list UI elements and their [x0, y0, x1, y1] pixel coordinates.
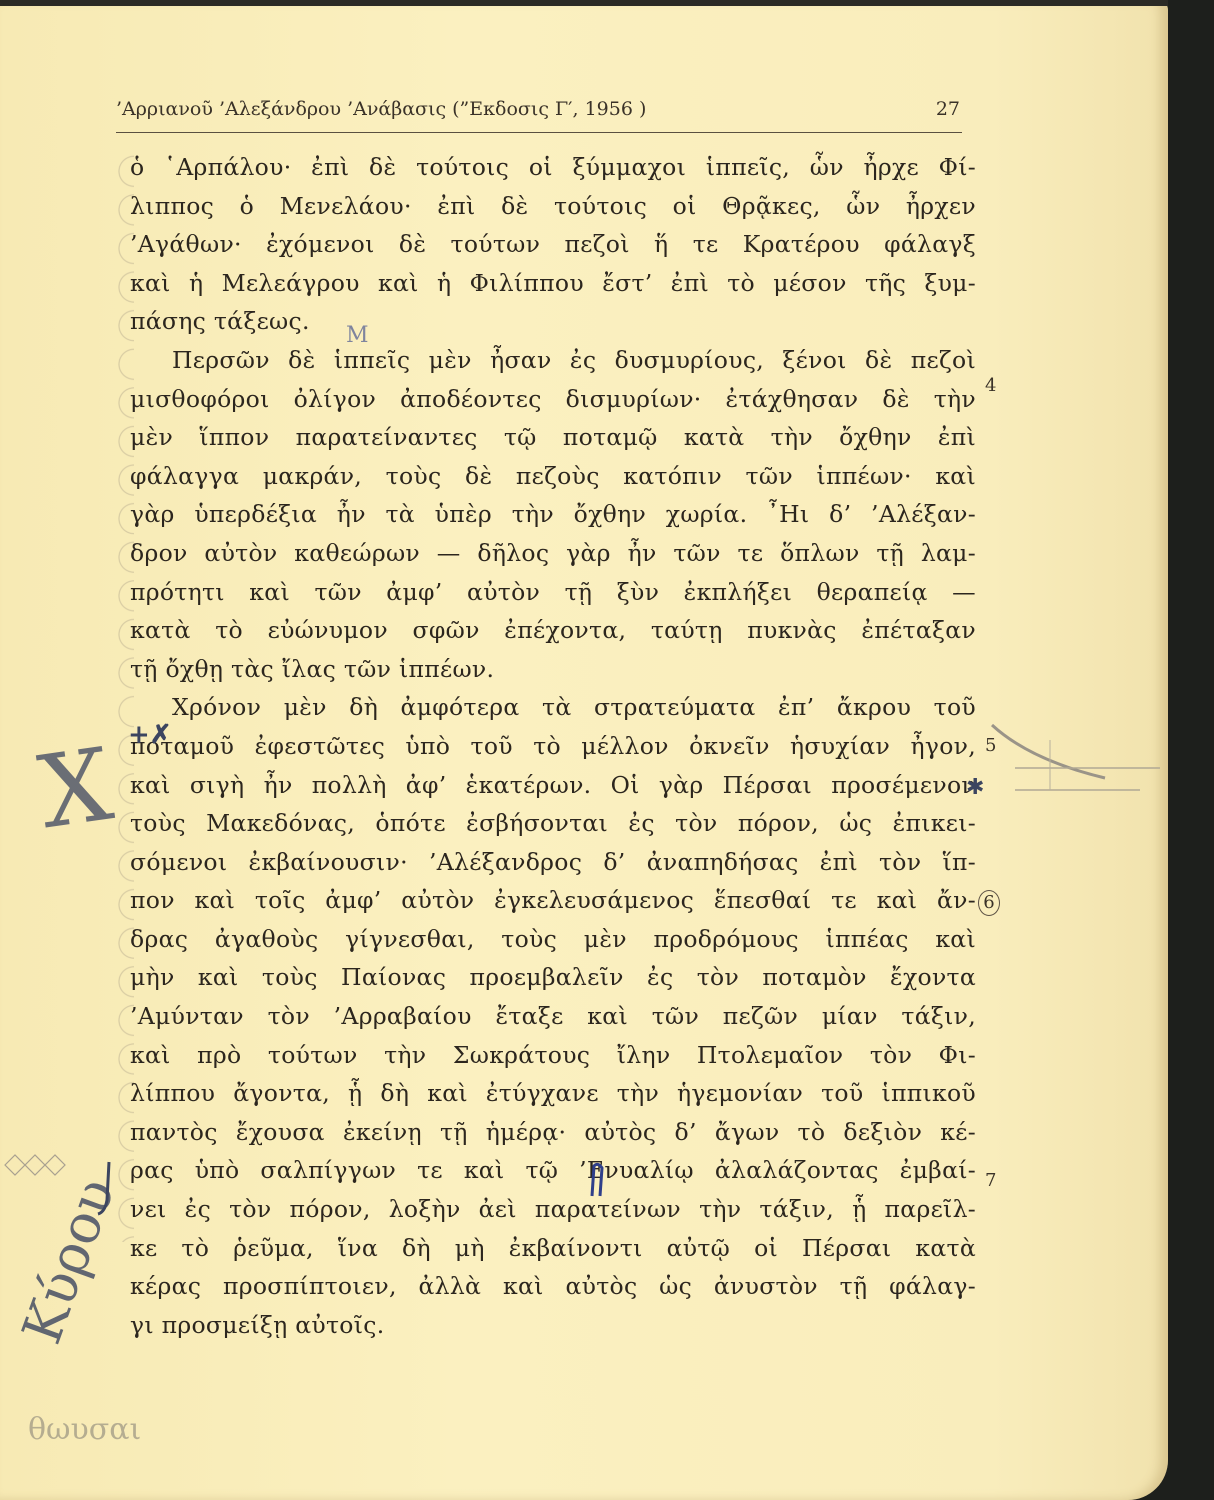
text-line: Περσῶν δὲ ἱππεῖς μὲν ἦσαν ἐς δυσμυρίους,… [130, 341, 976, 380]
pencil-scrawl-bottom: θωυσαι [28, 1412, 141, 1447]
text-line: ὁ ῾Αρπάλου· ἐπὶ δὲ τούτοις οἱ ξύμμαχοι ἱ… [130, 148, 976, 187]
text-line: λίππου ἄγοντα, ᾗ δὴ καὶ ἐτύγχανε τὴν ἡγε… [130, 1074, 976, 1113]
book-page: ’Αρριανοῦ ’Αλεξάνδρου ’Ανάβασις (”Εκδοσι… [0, 0, 1168, 1500]
body-text: ὁ ῾Αρπάλου· ἐπὶ δὲ τούτοις οἱ ξύμμαχοι ἱ… [130, 148, 976, 1344]
pencil-m-mark: M [346, 323, 369, 348]
pencil-sketch-lines [990, 720, 1160, 800]
text-line: Χρόνον μὲν δὴ ἀμφότερα τὰ στρατεύματα ἐπ… [130, 688, 976, 727]
text-line: ποταμοῦ ἐφεστῶτες ὑπὸ τοῦ τὸ μέλλον ὀκνε… [130, 727, 976, 766]
text-line: κε τὸ ῥεῦμα, ἵνα δὴ μὴ ἐκβαίνοντι αὐτῷ ο… [130, 1229, 976, 1268]
text-line: δρον αὐτὸν καθεώρων — δῆλος γὰρ ἦν τῶν τ… [130, 534, 976, 573]
text-line: ρας ὑπὸ σαλπίγγων τε καὶ τῷ ’Ενυαλίῳ ἀλα… [130, 1151, 976, 1190]
text-line: κατὰ τὸ εὐώνυμον σφῶν ἐπέχοντα, ταύτῃ πυ… [130, 611, 976, 650]
text-line: γι προσμείξῃ αὐτοῖς. [130, 1306, 976, 1345]
running-header: ’Αρριανοῦ ’Αλεξάνδρου ’Ανάβασις (”Εκδοσι… [116, 92, 962, 133]
handwritten-x-mark: X [32, 726, 119, 852]
text-line: ’Αγάθων· ἐχόμενοι δὲ τούτων πεζοὶ ἥ τε Κ… [130, 225, 976, 264]
text-line: τῇ ὄχθῃ τὰς ἴλας τῶν ἱππέων. [130, 650, 976, 689]
text-line: πον καὶ τοῖς ἀμφ’ αὐτὸν ἐγκελευσάμενος ἕ… [130, 881, 976, 920]
margin-number-6-circled: 6 [978, 890, 1000, 916]
text-line: σόμενοι ἐκβαίνουσιν· ’Αλέξανδρος δ’ ἀναπ… [130, 843, 976, 882]
handwritten-cross-mark: +✗ [128, 720, 172, 750]
blue-caret-mark [588, 1160, 608, 1200]
text-line: λιππος ὁ Μενελάου· ἐπὶ δὲ τούτοις οἱ Θρᾷ… [130, 187, 976, 226]
text-line: νει ἐς τὸν πόρον, λοξὴν ἀεὶ παρατείνων τ… [130, 1190, 976, 1229]
text-line: μὲν ἵππον παρατείναντες τῷ ποταμῷ κατὰ τ… [130, 418, 976, 457]
text-line: δρας ἀγαθοὺς γίγνεσθαι, τοὺς μὲν προδρόμ… [130, 920, 976, 959]
pencil-diamond-doodle [0, 1150, 75, 1190]
text-line: ’Αμύνταν τὸν ’Αρραβαίου ἔταξε καὶ τῶν πε… [130, 997, 976, 1036]
star-mark: ✱ [966, 775, 984, 800]
ink-bracket-mark [95, 1160, 115, 1220]
text-line: καὶ σιγὴ ἦν πολλὴ ἀφ’ ἑκατέρων. Οἱ γὰρ Π… [130, 766, 976, 805]
text-line: μὴν καὶ τοὺς Παίονας προεμβαλεῖν ἐς τὸν … [130, 958, 976, 997]
text-line: γὰρ ὑπερδέξια ἦν τὰ ὑπὲρ τὴν ὄχθην χωρία… [130, 495, 976, 534]
text-line: παντὸς ἔχουσα ἐκείνῃ τῇ ἡμέρᾳ· αὐτὸς δ’ … [130, 1113, 976, 1152]
text-line: μισθοφόροι ὀλίγον ἀποδέοντες δισμυρίων· … [130, 380, 976, 419]
text-line: πάσης τάξεως. [130, 302, 976, 341]
text-line: καὶ πρὸ τούτων τὴν Σωκράτους ἴλην Πτολεμ… [130, 1036, 976, 1075]
page-number: 27 [936, 98, 960, 120]
text-line: φάλαγγα μακράν, τοὺς δὲ πεζοὺς κατόπιν τ… [130, 457, 976, 496]
text-line: τοὺς Μακεδόνας, ὁπότε ἐσβήσονται ἐς τὸν … [130, 804, 976, 843]
header-title: ’Αρριανοῦ ’Αλεξάνδρου ’Ανάβασις (”Εκδοσι… [116, 98, 646, 120]
text-line: καὶ ἡ Μελεάγρου καὶ ἡ Φιλίππου ἔστ’ ἐπὶ … [130, 264, 976, 303]
margin-number-4: 4 [985, 375, 996, 396]
text-line: πρότητι καὶ τῶν ἀμφ’ αὐτὸν τῇ ξὺν ἐκπλήξ… [130, 573, 976, 612]
text-line: κέρας προσπίπτοιεν, ἀλλὰ καὶ αὐτὸς ὡς ἀν… [130, 1267, 976, 1306]
margin-number-7: 7 [985, 1170, 996, 1191]
